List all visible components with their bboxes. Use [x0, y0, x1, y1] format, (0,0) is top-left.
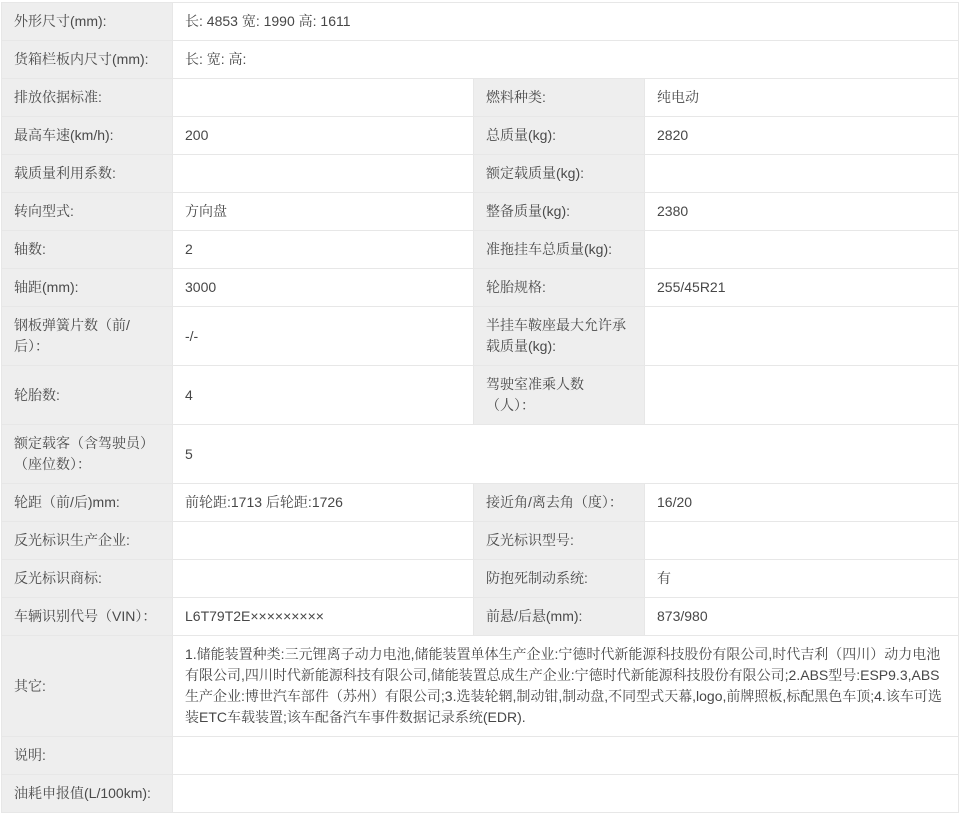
row-label: 油耗申报值(L/100km):	[2, 775, 173, 813]
row-value	[645, 366, 959, 425]
vehicle-spec-page: 外形尺寸(mm): 长: 4853 宽: 1990 高: 1611 货箱栏板内尺…	[0, 0, 960, 783]
row-value	[173, 560, 474, 598]
table-row-exterior-dimensions: 外形尺寸(mm): 长: 4853 宽: 1990 高: 1611	[2, 3, 959, 41]
other-notes-text: 1.储能装置种类:三元锂离子动力电池,储能装置单体生产企业:宁德时代新能源科技股…	[173, 636, 959, 737]
table-row-track-width-approach-angle: 轮距（前/后)mm: 前轮距:1713 后轮距:1726 接近角/离去角（度）：…	[2, 484, 959, 522]
row-label: 整备质量(kg):	[474, 193, 645, 231]
row-label: 驾驶室准乘人数（人）：	[474, 366, 645, 425]
row-value: 200	[173, 117, 474, 155]
row-label: 准拖挂车总质量(kg):	[474, 231, 645, 269]
row-value: 873/980	[645, 598, 959, 636]
row-label: 轴数:	[2, 231, 173, 269]
row-label: 最高车速(km/h):	[2, 117, 173, 155]
row-label: 排放依据标准:	[2, 79, 173, 117]
row-label: 轴距(mm):	[2, 269, 173, 307]
table-row-cargo-box-dimensions: 货箱栏板内尺寸(mm): 长: 宽: 高:	[2, 41, 959, 79]
table-row-tire-count-cab-passengers: 轮胎数: 4 驾驶室准乘人数（人）：	[2, 366, 959, 425]
row-value: 长: 宽: 高:	[173, 41, 959, 79]
row-value: 3000	[173, 269, 474, 307]
row-value: 255/45R21	[645, 269, 959, 307]
row-value	[645, 522, 959, 560]
row-value	[173, 775, 959, 813]
row-label: 载质量利用系数:	[2, 155, 173, 193]
row-label: 反光标识生产企业:	[2, 522, 173, 560]
row-value: 方向盘	[173, 193, 474, 231]
row-value	[173, 79, 474, 117]
row-label: 车辆识别代号（VIN）：	[2, 598, 173, 636]
row-value	[645, 155, 959, 193]
table-row-other-notes: 其它: 1.储能装置种类:三元锂离子动力电池,储能装置单体生产企业:宁德时代新能…	[2, 636, 959, 737]
row-label: 轮距（前/后)mm:	[2, 484, 173, 522]
row-label: 额定载质量(kg):	[474, 155, 645, 193]
row-label: 其它:	[2, 636, 173, 737]
table-row-steering-curb-mass: 转向型式: 方向盘 整备质量(kg): 2380	[2, 193, 959, 231]
row-label: 半挂车鞍座最大允许承载质量(kg):	[474, 307, 645, 366]
row-value	[173, 155, 474, 193]
row-label: 反光标识商标:	[2, 560, 173, 598]
row-label: 外形尺寸(mm):	[2, 3, 173, 41]
vehicle-spec-table: 外形尺寸(mm): 长: 4853 宽: 1990 高: 1611 货箱栏板内尺…	[1, 2, 959, 813]
row-label: 额定载客（含驾驶员）（座位数）：	[2, 425, 173, 484]
row-label: 轮胎数:	[2, 366, 173, 425]
row-label: 接近角/离去角（度）：	[474, 484, 645, 522]
vin-value: L6T79T2E×××××××××	[173, 598, 474, 636]
row-value: 2820	[645, 117, 959, 155]
row-label: 转向型式:	[2, 193, 173, 231]
row-value: 2380	[645, 193, 959, 231]
row-label: 燃料种类:	[474, 79, 645, 117]
table-row-emission-standard-fuel-type: 排放依据标准: 燃料种类: 纯电动	[2, 79, 959, 117]
row-label: 轮胎规格:	[474, 269, 645, 307]
row-value: 有	[645, 560, 959, 598]
table-row-axles-trailer-mass: 轴数: 2 准拖挂车总质量(kg):	[2, 231, 959, 269]
row-label: 防抱死制动系统:	[474, 560, 645, 598]
row-value: 前轮距:1713 后轮距:1726	[173, 484, 474, 522]
table-row-leaf-springs-saddle-load: 钢板弹簧片数（前/后）： -/- 半挂车鞍座最大允许承载质量(kg):	[2, 307, 959, 366]
table-row-declared-fuel-consumption: 油耗申报值(L/100km):	[2, 775, 959, 813]
row-label: 反光标识型号:	[474, 522, 645, 560]
table-row-seating-capacity: 额定载客（含驾驶员）（座位数）： 5	[2, 425, 959, 484]
row-value: 4	[173, 366, 474, 425]
table-row-wheelbase-tire-spec: 轴距(mm): 3000 轮胎规格: 255/45R21	[2, 269, 959, 307]
row-value: 16/20	[645, 484, 959, 522]
row-value: 5	[173, 425, 959, 484]
table-row-remarks: 说明:	[2, 737, 959, 775]
row-value	[173, 522, 474, 560]
row-value: 2	[173, 231, 474, 269]
row-value: 长: 4853 宽: 1990 高: 1611	[173, 3, 959, 41]
row-label: 说明:	[2, 737, 173, 775]
row-value: -/-	[173, 307, 474, 366]
table-row-max-speed-gross-mass: 最高车速(km/h): 200 总质量(kg): 2820	[2, 117, 959, 155]
table-row-vin-overhang: 车辆识别代号（VIN）： L6T79T2E××××××××× 前悬/后悬(mm)…	[2, 598, 959, 636]
row-label: 钢板弹簧片数（前/后）：	[2, 307, 173, 366]
row-label: 货箱栏板内尺寸(mm):	[2, 41, 173, 79]
row-value	[645, 231, 959, 269]
row-value	[645, 307, 959, 366]
row-value: 纯电动	[645, 79, 959, 117]
row-value	[173, 737, 959, 775]
table-row-reflective-trademark-abs: 反光标识商标: 防抱死制动系统: 有	[2, 560, 959, 598]
row-label: 前悬/后悬(mm):	[474, 598, 645, 636]
row-label: 总质量(kg):	[474, 117, 645, 155]
table-row-load-factor-rated-load: 载质量利用系数: 额定载质量(kg):	[2, 155, 959, 193]
table-row-reflective-marking-manufacturer-model: 反光标识生产企业: 反光标识型号:	[2, 522, 959, 560]
